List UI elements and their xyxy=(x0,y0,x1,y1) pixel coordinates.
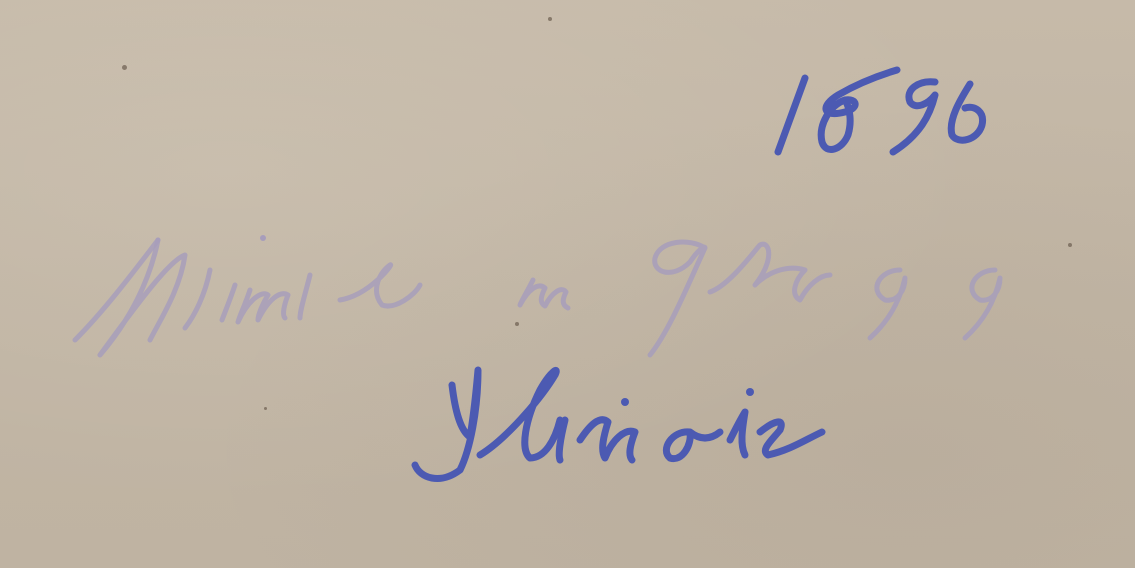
year-inscription xyxy=(778,70,983,152)
handwriting xyxy=(0,0,1135,568)
place-inscription xyxy=(415,370,822,478)
paper-card: 1890 Minnie M Gregg Illinois xyxy=(0,0,1135,568)
name-inscription xyxy=(75,235,1000,355)
